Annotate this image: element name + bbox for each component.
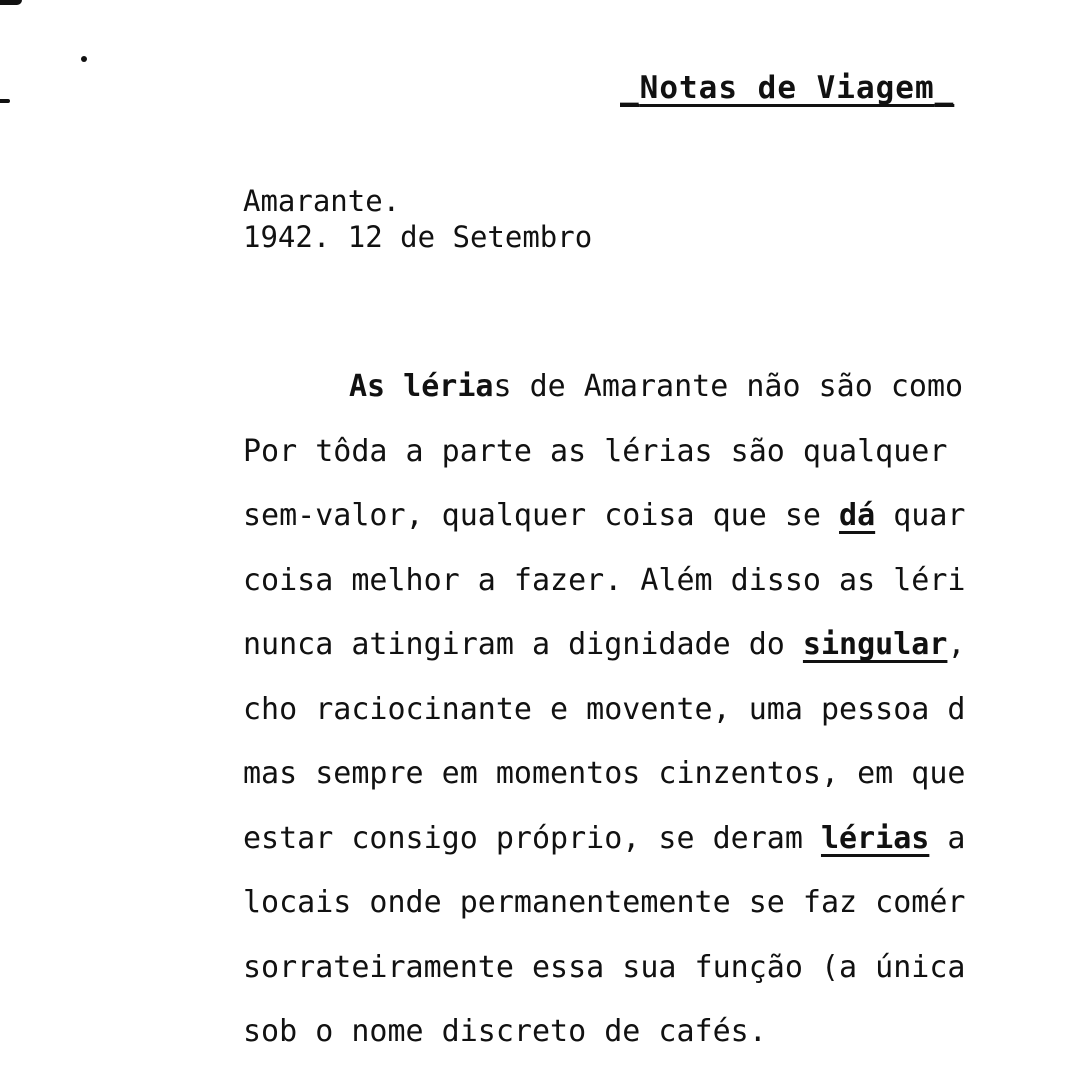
- text-segment: a: [929, 821, 965, 856]
- text-segment: nunca atingiram a dignidade do: [243, 627, 803, 662]
- text-segment: coisa melhor a fazer. Além disso as léri: [243, 563, 965, 598]
- text-line: nunca atingiram a dignidade do singular,: [243, 613, 1090, 678]
- text-segment: quar: [875, 498, 965, 533]
- text-line: locais onde permanentemente se faz comér: [243, 871, 1090, 936]
- text-line: mas sempre em momentos cinzentos, em que: [243, 742, 1090, 807]
- text-segment: sorrateiramente essa sua função (a única: [243, 950, 965, 985]
- text-segment: locais onde permanentemente se faz comér: [243, 885, 965, 920]
- underlined-word: singular: [803, 627, 948, 662]
- text-segment: ,: [947, 627, 965, 662]
- text-line: estar consigo próprio, se deram lérias a: [243, 807, 1090, 872]
- text-segment: s de Amarante não são como: [494, 369, 964, 404]
- text-segment: sob o nome discreto de cafés.: [243, 1014, 767, 1049]
- text-line: coisa melhor a fazer. Além disso as léri: [243, 549, 1090, 614]
- text-segment: Por tôda a parte as lérias são qualquer: [243, 434, 947, 469]
- text-line: sorrateiramente essa sua função (a única: [243, 936, 1090, 1001]
- date-line: 1942. 12 de Setembro: [243, 220, 592, 254]
- text-segment: cho raciocinante e movente, uma pessoa d: [243, 692, 965, 727]
- underlined-word: dá: [839, 498, 875, 533]
- body-paragraph: As lérias de Amarante não são comoPor tô…: [243, 355, 1090, 1065]
- place-line: Amarante.: [243, 184, 400, 218]
- ink-speck: [81, 56, 87, 62]
- text-line: sob o nome discreto de cafés.: [243, 1000, 1090, 1065]
- text-line: cho raciocinante e movente, uma pessoa d: [243, 678, 1090, 743]
- page-edge-mark: [0, 0, 22, 5]
- place-date-block: Amarante. 1942. 12 de Setembro: [243, 183, 592, 255]
- underlined-word: lérias: [821, 821, 929, 856]
- text-line: Por tôda a parte as lérias são qualquer: [243, 420, 1090, 485]
- typewritten-page: Notas de Viagem Amarante. 1942. 12 de Se…: [0, 0, 1090, 1090]
- page-edge-mark: [0, 99, 10, 103]
- document-title: Notas de Viagem: [620, 70, 954, 106]
- text-segment: mas sempre em momentos cinzentos, em que: [243, 756, 965, 791]
- text-line: As lérias de Amarante não são como: [243, 355, 1090, 420]
- text-segment: As léria: [349, 369, 494, 404]
- text-segment: estar consigo próprio, se deram: [243, 821, 821, 856]
- text-line: sem-valor, qualquer coisa que se dá quar: [243, 484, 1090, 549]
- text-segment: sem-valor, qualquer coisa que se: [243, 498, 839, 533]
